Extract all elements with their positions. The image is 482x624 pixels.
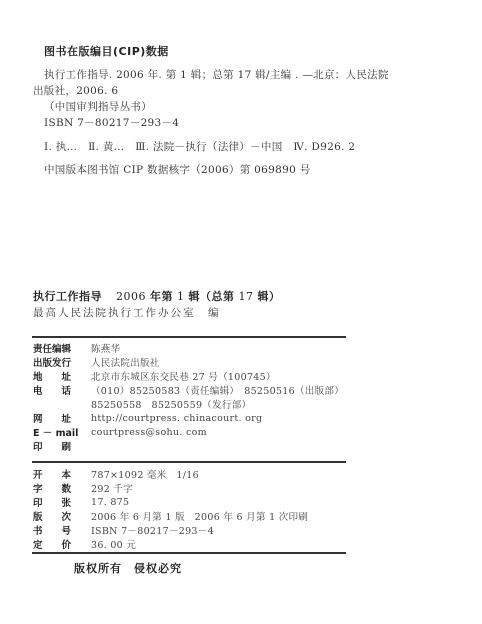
book-title-text: 年第: [150, 290, 173, 303]
spec-label: 字 数: [33, 481, 91, 495]
cip-line: 出版社，2006. 6: [33, 83, 118, 98]
book-title: 执行工作指导 2006 年第 1 辑（总第 17 辑）: [33, 288, 281, 304]
spec-row-sheets: 印 张 17. 875: [33, 495, 129, 509]
info-label: E － mail: [33, 425, 91, 439]
spec-label: 书 号: [33, 523, 91, 537]
info-value: 陈燕华: [91, 341, 120, 355]
cip-classification: Ⅰ. 执… Ⅱ. 黄… Ⅲ. 法院－执行（法律）－中国 Ⅳ. D926. 2: [44, 139, 355, 154]
spec-value: 292 千字: [91, 481, 133, 495]
cip-isbn: ISBN 7－80217－293－4: [44, 115, 179, 130]
info-row-phone: 电 话 （010）85250583（责任编辑） 85250516（出版部）: [33, 383, 344, 397]
info-label: 地 址: [33, 369, 91, 383]
cip-line: 执行工作指导. 2006 年. 第 1 辑；总第 17 辑/主编 . —北京：人…: [44, 67, 389, 82]
spec-label: 定 价: [33, 537, 91, 551]
info-row-editor: 责任编辑 陈燕华: [33, 341, 120, 355]
divider: [32, 552, 346, 554]
copyright-notice: 版权所有 侵权必究: [74, 560, 182, 576]
info-row-printer: 印 刷: [33, 439, 91, 453]
spec-value: 36. 00 元: [91, 537, 136, 551]
book-title-text: 辑（总第: [189, 290, 235, 303]
cip-title: 图书在版编目(CIP)数据: [44, 43, 169, 59]
info-row-publisher: 出版发行 人民法院出版社: [33, 355, 160, 369]
book-title-total: 17: [239, 290, 254, 303]
info-label: 责任编辑: [33, 341, 91, 355]
book-title-text: 辑）: [258, 290, 281, 303]
spec-row-isbn: 书 号 ISBN 7－80217－293－4: [33, 523, 214, 537]
divider: [32, 461, 346, 463]
info-label: 网 址: [33, 411, 91, 425]
spec-label: 版 次: [33, 509, 91, 523]
cip-line: （中国审判指导丛书）: [44, 99, 152, 114]
info-value: 人民法院出版社: [91, 355, 160, 369]
spec-row-price: 定 价 36. 00 元: [33, 537, 136, 551]
info-value: 85250558 85250559（发行部）: [91, 397, 251, 411]
info-row-phone-2: 85250558 85250559（发行部）: [33, 397, 251, 411]
info-value: （010）85250583（责任编辑） 85250516（出版部）: [91, 383, 344, 397]
info-label: 印 刷: [33, 439, 91, 453]
book-title-issue: 1: [177, 290, 185, 303]
book-title-text: 执行工作指导: [33, 290, 102, 303]
info-row-website: 网 址 http://courtpress. chinacourt. org: [33, 411, 262, 425]
spec-label: 印 张: [33, 495, 91, 509]
spec-value: 17. 875: [91, 497, 129, 508]
spec-row-format: 开 本 787×1092 毫米 1/16: [33, 467, 199, 481]
book-editor: 最高人民法院执行工作办公室 编: [33, 305, 221, 320]
info-label: 电 话: [33, 383, 91, 397]
spec-value: 2006 年 6 月第 1 版 2006 年 6 月第 1 次印刷: [91, 509, 308, 523]
spec-value: ISBN 7－80217－293－4: [91, 523, 214, 537]
info-value: 北京市东城区东交民巷 27 号（100745）: [91, 369, 276, 383]
spec-row-edition: 版 次 2006 年 6 月第 1 版 2006 年 6 月第 1 次印刷: [33, 509, 308, 523]
info-row-email: E － mail courtpress@sohu. com: [33, 425, 207, 439]
divider: [32, 336, 346, 338]
email-link[interactable]: courtpress@sohu. com: [91, 427, 207, 438]
cip-record-number: 中国版本图书馆 CIP 数据核字（2006）第 069890 号: [44, 162, 311, 177]
website-link[interactable]: http://courtpress. chinacourt. org: [91, 413, 262, 424]
spec-label: 开 本: [33, 467, 91, 481]
spec-value: 787×1092 毫米 1/16: [91, 467, 199, 481]
spec-row-wordcount: 字 数 292 千字: [33, 481, 133, 495]
info-label: 出版发行: [33, 355, 91, 369]
book-title-year: 2006: [116, 290, 146, 303]
info-row-address: 地 址 北京市东城区东交民巷 27 号（100745）: [33, 369, 276, 383]
